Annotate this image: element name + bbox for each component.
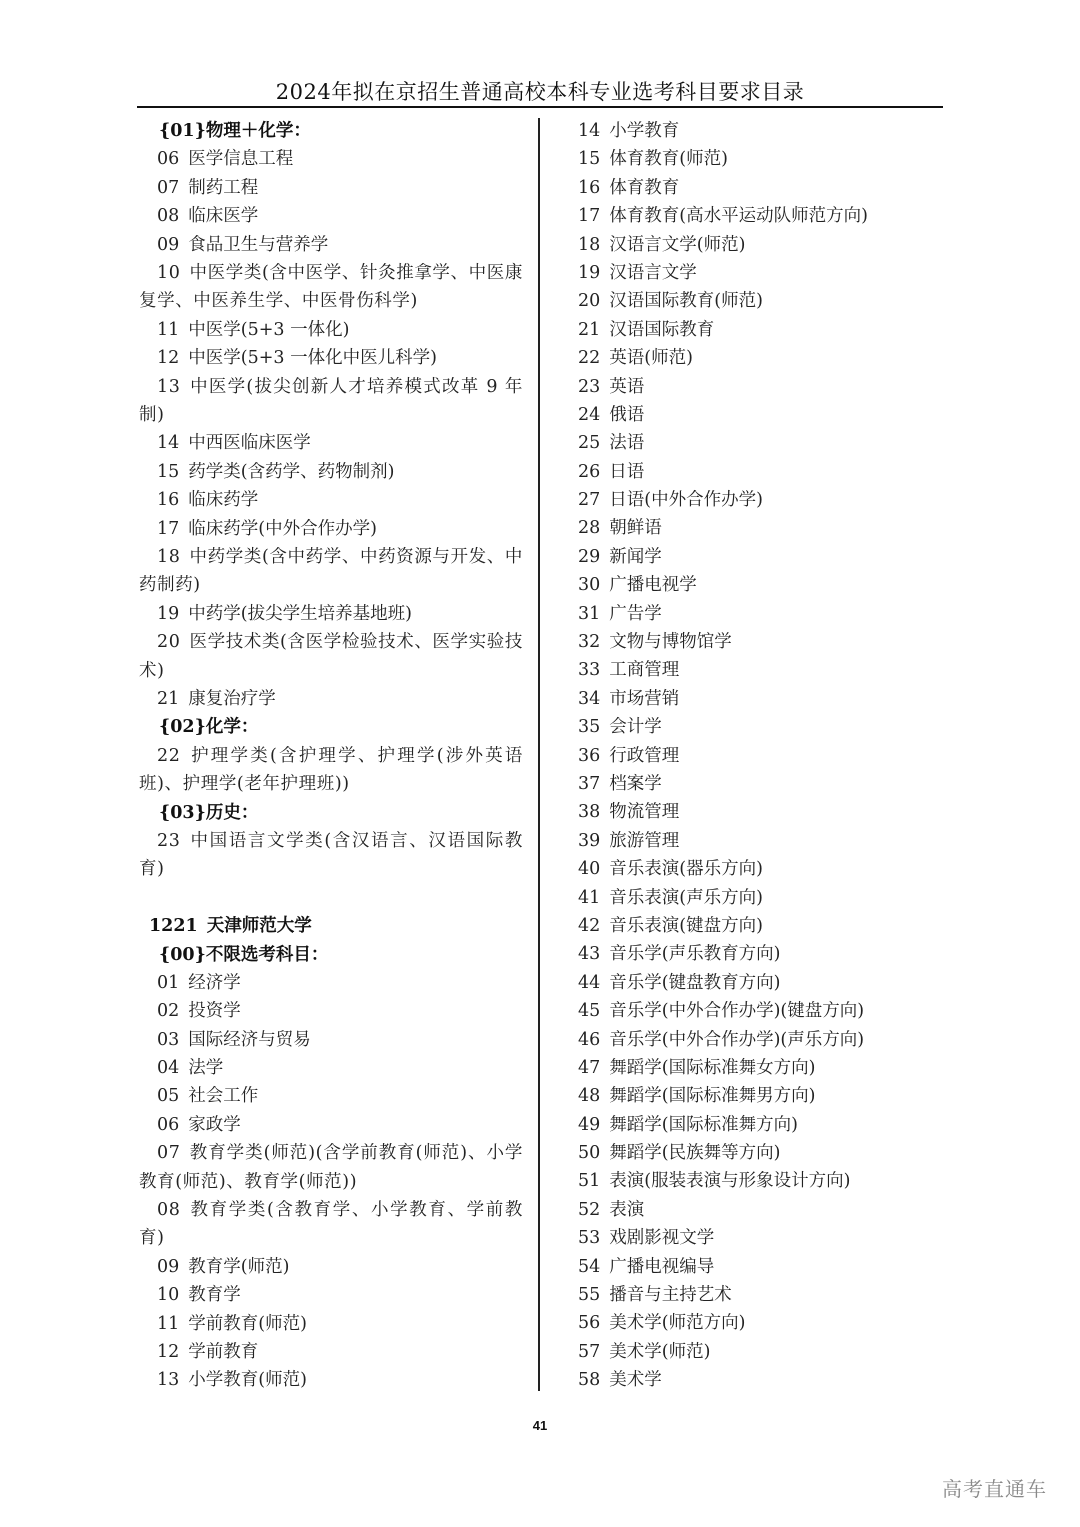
major-name: 广播电视学 [609, 575, 697, 595]
major-name: 旅游管理 [609, 831, 679, 851]
list-item: 38物流管理 [578, 798, 938, 826]
major-name: 社会工作 [188, 1086, 258, 1106]
list-item: 28朝鲜语 [578, 514, 938, 542]
major-name: 舞蹈学(民族舞等方向) [609, 1143, 780, 1163]
header-rule [137, 106, 943, 108]
list-item: 23英语 [578, 373, 938, 401]
list-item: 42音乐表演(键盘方向) [578, 912, 938, 940]
major-code: 11 [157, 320, 179, 340]
major-name: 俄语 [609, 405, 644, 425]
major-code: 40 [578, 859, 600, 879]
major-code: 43 [578, 944, 600, 964]
major-code: 45 [578, 1001, 600, 1021]
major-code: 34 [578, 689, 600, 709]
major-name: 制药工程 [188, 178, 258, 198]
major-code: 58 [578, 1370, 600, 1390]
list-item: 03国际经济与贸易 [139, 1026, 523, 1054]
major-name: 法学 [188, 1058, 223, 1078]
list-item: 17临床药学(中外合作办学) [139, 515, 523, 543]
major-code: 35 [578, 717, 600, 737]
major-code: 16 [157, 490, 179, 510]
major-code: 55 [578, 1285, 600, 1305]
column-divider [538, 118, 540, 1391]
list-item: 12学前教育 [139, 1338, 523, 1366]
list-item: 15药学类(含药学、药物制剂) [139, 458, 523, 486]
major-code: 18 [578, 235, 600, 255]
major-name: 美术学(师范方向) [609, 1313, 745, 1333]
major-code: 26 [578, 462, 600, 482]
list-item: 16临床药学 [139, 486, 523, 514]
page-title: 2024年拟在京招生普通高校本科专业选考科目要求目录 [0, 76, 1080, 106]
list-item: 36行政管理 [578, 742, 938, 770]
major-name: 汉语国际教育(师范) [609, 291, 763, 311]
major-code: 21 [157, 689, 179, 709]
school-heading: 1221天津师范大学 [139, 912, 523, 940]
major-name: 音乐学(声乐教育方向) [609, 944, 780, 964]
major-name: 播音与主持艺术 [609, 1285, 732, 1305]
list-item: 04法学 [139, 1054, 523, 1082]
major-code: 01 [157, 973, 179, 993]
major-name: 体育教育(师范) [609, 149, 728, 169]
major-name: 体育教育 [609, 178, 679, 198]
major-code: 49 [578, 1115, 600, 1135]
major-code: 06 [157, 1115, 179, 1135]
list-item: 07教育学类(师范)(含学前教育(师范)、小学教育(师范)、教育学(师范)) [139, 1139, 523, 1196]
major-name: 汉语言文学(师范) [609, 235, 745, 255]
major-code: 32 [578, 632, 600, 652]
major-code: 08 [157, 1200, 180, 1220]
list-item: 23中国语言文学类(含汉语言、汉语国际教育) [139, 827, 523, 884]
list-item: 35会计学 [578, 713, 938, 741]
major-name: 体育教育(高水平运动队师范方向) [609, 206, 868, 226]
major-name: 汉语国际教育 [609, 320, 714, 340]
major-name: 行政管理 [609, 746, 679, 766]
major-name: 中医学(拔尖创新人才培养模式改革 9 年制) [139, 377, 523, 425]
major-name: 经济学 [188, 973, 241, 993]
list-item: 02投资学 [139, 997, 523, 1025]
major-name: 舞蹈学(国际标准舞方向) [609, 1115, 798, 1135]
list-item: 09食品卫生与营养学 [139, 231, 523, 259]
major-name: 汉语言文学 [609, 263, 697, 283]
major-name: 国际经济与贸易 [188, 1030, 311, 1050]
major-name: 中国语言文学类(含汉语言、汉语国际教育) [139, 831, 523, 879]
list-item: 13小学教育(师范) [139, 1366, 523, 1394]
major-name: 音乐表演(器乐方向) [609, 859, 763, 879]
major-name: 临床医学 [188, 206, 258, 226]
list-item: 20医学技术类(含医学检验技术、医学实验技术) [139, 628, 523, 685]
major-name: 中医学(5+3 一体化中医儿科学) [188, 348, 437, 368]
list-item: 33工商管理 [578, 656, 938, 684]
major-code: 37 [578, 774, 600, 794]
major-code: 07 [157, 1143, 180, 1163]
major-code: 18 [157, 547, 180, 567]
major-name: 中医学(5+3 一体化) [188, 320, 349, 340]
major-code: 12 [157, 348, 179, 368]
major-code: 50 [578, 1143, 600, 1163]
major-code: 14 [578, 121, 600, 141]
list-item: 39旅游管理 [578, 827, 938, 855]
list-item: 06医学信息工程 [139, 145, 523, 173]
major-name: 广播电视编导 [609, 1257, 714, 1277]
major-code: 53 [578, 1228, 600, 1248]
major-code: 54 [578, 1257, 600, 1277]
major-code: 44 [578, 973, 600, 993]
list-item: 09教育学(师范) [139, 1253, 523, 1281]
major-name: 学前教育(师范) [188, 1314, 307, 1334]
list-item: 19中药学(拔尖学生培养基地班) [139, 600, 523, 628]
major-name: 法语 [609, 433, 644, 453]
list-item: 29新闻学 [578, 543, 938, 571]
major-name: 中药学(拔尖学生培养基地班) [188, 604, 412, 624]
major-code: 22 [578, 348, 600, 368]
list-item: 54广播电视编导 [578, 1253, 938, 1281]
list-item: 14中西医临床医学 [139, 429, 523, 457]
subject-requirement-heading: {00}不限选考科目： [139, 941, 523, 969]
major-name: 投资学 [188, 1001, 241, 1021]
list-item: 47舞蹈学(国际标准舞女方向) [578, 1054, 938, 1082]
major-name: 临床药学 [188, 490, 258, 510]
list-item: 22英语(师范) [578, 344, 938, 372]
major-name: 康复治疗学 [188, 689, 276, 709]
major-name: 朝鲜语 [609, 518, 662, 538]
major-code: 11 [157, 1314, 179, 1334]
major-code: 04 [157, 1058, 179, 1078]
major-name: 家政学 [188, 1115, 241, 1135]
list-item: 18汉语言文学(师范) [578, 231, 938, 259]
list-item: 19汉语言文学 [578, 259, 938, 287]
major-name: 教育学类(师范)(含学前教育(师范)、小学教育(师范)、教育学(师范)) [139, 1143, 523, 1191]
list-item: 07制药工程 [139, 174, 523, 202]
major-code: 20 [157, 632, 180, 652]
list-item: 06家政学 [139, 1111, 523, 1139]
major-name: 英语(师范) [609, 348, 693, 368]
major-name: 美术学(师范) [609, 1342, 710, 1362]
major-name: 音乐表演(键盘方向) [609, 916, 763, 936]
major-code: 22 [157, 746, 180, 766]
major-code: 12 [157, 1342, 179, 1362]
list-item: 17体育教育(高水平运动队师范方向) [578, 202, 938, 230]
list-item: 21汉语国际教育 [578, 316, 938, 344]
list-item: 11中医学(5+3 一体化) [139, 316, 523, 344]
major-code: 15 [157, 462, 179, 482]
major-code: 09 [157, 235, 179, 255]
watermark: 高考直通车 [942, 1473, 1047, 1502]
right-column: 14小学教育15体育教育(师范)16体育教育17体育教育(高水平运动队师范方向)… [578, 117, 938, 1395]
major-name: 新闻学 [609, 547, 662, 567]
major-code: 20 [578, 291, 600, 311]
list-item: 51表演(服装表演与形象设计方向) [578, 1167, 938, 1195]
list-item: 40音乐表演(器乐方向) [578, 855, 938, 883]
major-code: 30 [578, 575, 600, 595]
major-name: 舞蹈学(国际标准舞女方向) [609, 1058, 815, 1078]
major-name: 市场营销 [609, 689, 679, 709]
list-item: 32文物与博物馆学 [578, 628, 938, 656]
list-item: 22护理学类(含护理学、护理学(涉外英语班)、护理学(老年护理班)) [139, 742, 523, 799]
list-item: 11学前教育(师范) [139, 1310, 523, 1338]
list-item: 18中药学类(含中药学、中药资源与开发、中药制药) [139, 543, 523, 600]
major-code: 28 [578, 518, 600, 538]
list-item: 41音乐表演(声乐方向) [578, 884, 938, 912]
major-code: 56 [578, 1313, 600, 1333]
major-code: 46 [578, 1030, 600, 1050]
list-item: 27日语(中外合作办学) [578, 486, 938, 514]
major-code: 19 [578, 263, 600, 283]
list-item: 10教育学 [139, 1281, 523, 1309]
major-code: 07 [157, 178, 179, 198]
major-name: 中西医临床医学 [188, 433, 311, 453]
major-code: 21 [578, 320, 600, 340]
major-code: 03 [157, 1030, 179, 1050]
list-item: 30广播电视学 [578, 571, 938, 599]
major-name: 医学信息工程 [188, 149, 293, 169]
major-name: 广告学 [609, 604, 662, 624]
list-item: 49舞蹈学(国际标准舞方向) [578, 1111, 938, 1139]
major-code: 52 [578, 1200, 600, 1220]
major-name: 音乐学(中外合作办学)(声乐方向) [609, 1030, 864, 1050]
major-name: 戏剧影视文学 [609, 1228, 714, 1248]
major-code: 57 [578, 1342, 600, 1362]
major-name: 学前教育 [188, 1342, 258, 1362]
major-name: 药学类(含药学、药物制剂) [188, 462, 394, 482]
major-code: 05 [157, 1086, 179, 1106]
list-item: 46音乐学(中外合作办学)(声乐方向) [578, 1026, 938, 1054]
major-name: 会计学 [609, 717, 662, 737]
major-code: 33 [578, 660, 600, 680]
list-item: 08临床医学 [139, 202, 523, 230]
list-item: 44音乐学(键盘教育方向) [578, 969, 938, 997]
major-code: 02 [157, 1001, 179, 1021]
major-name: 舞蹈学(国际标准舞男方向) [609, 1086, 815, 1106]
major-name: 中医学类(含中医学、针灸推拿学、中医康复学、中医养生学、中医骨伤科学) [139, 263, 523, 311]
list-item: 20汉语国际教育(师范) [578, 287, 938, 315]
major-name: 临床药学(中外合作办学) [188, 519, 377, 539]
major-code: 10 [157, 1285, 179, 1305]
major-code: 42 [578, 916, 600, 936]
list-item: 05社会工作 [139, 1082, 523, 1110]
subject-requirement-heading: {03}历史： [139, 799, 523, 827]
left-column: {01}物理＋化学： 06医学信息工程 07制药工程 08临床医学 09食品卫生… [139, 117, 523, 1395]
major-code: 29 [578, 547, 600, 567]
major-name: 日语 [609, 462, 644, 482]
major-code: 48 [578, 1086, 600, 1106]
major-code: 36 [578, 746, 600, 766]
list-item: 24俄语 [578, 401, 938, 429]
page-number: 41 [0, 1418, 1080, 1433]
list-item: 34市场营销 [578, 685, 938, 713]
major-name: 表演 [609, 1200, 644, 1220]
major-name: 档案学 [609, 774, 662, 794]
list-item: 15体育教育(师范) [578, 145, 938, 173]
major-code: 08 [157, 206, 179, 226]
list-item: 31广告学 [578, 600, 938, 628]
list-item: 01经济学 [139, 969, 523, 997]
list-item: 21康复治疗学 [139, 685, 523, 713]
major-code: 17 [578, 206, 600, 226]
list-item: 57美术学(师范) [578, 1338, 938, 1366]
list-item: 25法语 [578, 429, 938, 457]
major-code: 39 [578, 831, 600, 851]
major-name: 食品卫生与营养学 [188, 235, 328, 255]
subject-requirement-heading: {02}化学： [139, 713, 523, 741]
list-item: 26日语 [578, 458, 938, 486]
major-name: 美术学 [609, 1370, 662, 1390]
major-code: 06 [157, 149, 179, 169]
major-code: 14 [157, 433, 179, 453]
major-name: 中药学类(含中药学、中药资源与开发、中药制药) [139, 547, 523, 595]
major-name: 英语 [609, 377, 644, 397]
major-name: 小学教育 [609, 121, 679, 141]
list-item: 43音乐学(声乐教育方向) [578, 940, 938, 968]
major-code: 41 [578, 888, 600, 908]
school-code: 1221 [149, 916, 198, 936]
subject-requirement-heading: {01}物理＋化学： [139, 117, 523, 145]
major-code: 13 [157, 377, 180, 397]
list-item: 14小学教育 [578, 117, 938, 145]
major-name: 日语(中外合作办学) [609, 490, 763, 510]
major-code: 38 [578, 802, 600, 822]
major-name: 医学技术类(含医学检验技术、医学实验技术) [139, 632, 523, 680]
list-item: 55播音与主持艺术 [578, 1281, 938, 1309]
list-item: 10中医学类(含中医学、针灸推拿学、中医康复学、中医养生学、中医骨伤科学) [139, 259, 523, 316]
list-item: 12中医学(5+3 一体化中医儿科学) [139, 344, 523, 372]
major-name: 文物与博物馆学 [609, 632, 732, 652]
major-name: 物流管理 [609, 802, 679, 822]
major-name: 教育学(师范) [188, 1257, 289, 1277]
major-name: 护理学类(含护理学、护理学(涉外英语班)、护理学(老年护理班)) [139, 746, 523, 794]
list-item: 50舞蹈学(民族舞等方向) [578, 1139, 938, 1167]
list-item: 16体育教育 [578, 174, 938, 202]
major-name: 音乐学(键盘教育方向) [609, 973, 780, 993]
major-code: 16 [578, 178, 600, 198]
major-code: 13 [157, 1370, 179, 1390]
major-code: 24 [578, 405, 600, 425]
list-item: 52表演 [578, 1196, 938, 1224]
list-item: 56美术学(师范方向) [578, 1309, 938, 1337]
major-name: 小学教育(师范) [188, 1370, 307, 1390]
list-item: 48舞蹈学(国际标准舞男方向) [578, 1082, 938, 1110]
spacer [139, 884, 523, 912]
major-name: 音乐表演(声乐方向) [609, 888, 763, 908]
list-item: 58美术学 [578, 1366, 938, 1394]
list-item: 37档案学 [578, 770, 938, 798]
major-code: 17 [157, 519, 179, 539]
major-name: 音乐学(中外合作办学)(键盘方向) [609, 1001, 864, 1021]
major-code: 47 [578, 1058, 600, 1078]
list-item: 53戏剧影视文学 [578, 1224, 938, 1252]
list-item: 13中医学(拔尖创新人才培养模式改革 9 年制) [139, 373, 523, 430]
major-code: 23 [578, 377, 600, 397]
list-item: 45音乐学(中外合作办学)(键盘方向) [578, 997, 938, 1025]
school-name: 天津师范大学 [207, 916, 312, 936]
major-code: 09 [157, 1257, 179, 1277]
major-name: 教育学 [188, 1285, 241, 1305]
major-code: 25 [578, 433, 600, 453]
major-name: 表演(服装表演与形象设计方向) [609, 1171, 850, 1191]
major-code: 10 [157, 263, 180, 283]
major-code: 23 [157, 831, 180, 851]
major-code: 19 [157, 604, 179, 624]
major-code: 31 [578, 604, 600, 624]
list-item: 08教育学类(含教育学、小学教育、学前教育) [139, 1196, 523, 1253]
major-code: 27 [578, 490, 600, 510]
major-code: 15 [578, 149, 600, 169]
major-code: 51 [578, 1171, 600, 1191]
major-name: 工商管理 [609, 660, 679, 680]
major-name: 教育学类(含教育学、小学教育、学前教育) [139, 1200, 523, 1248]
